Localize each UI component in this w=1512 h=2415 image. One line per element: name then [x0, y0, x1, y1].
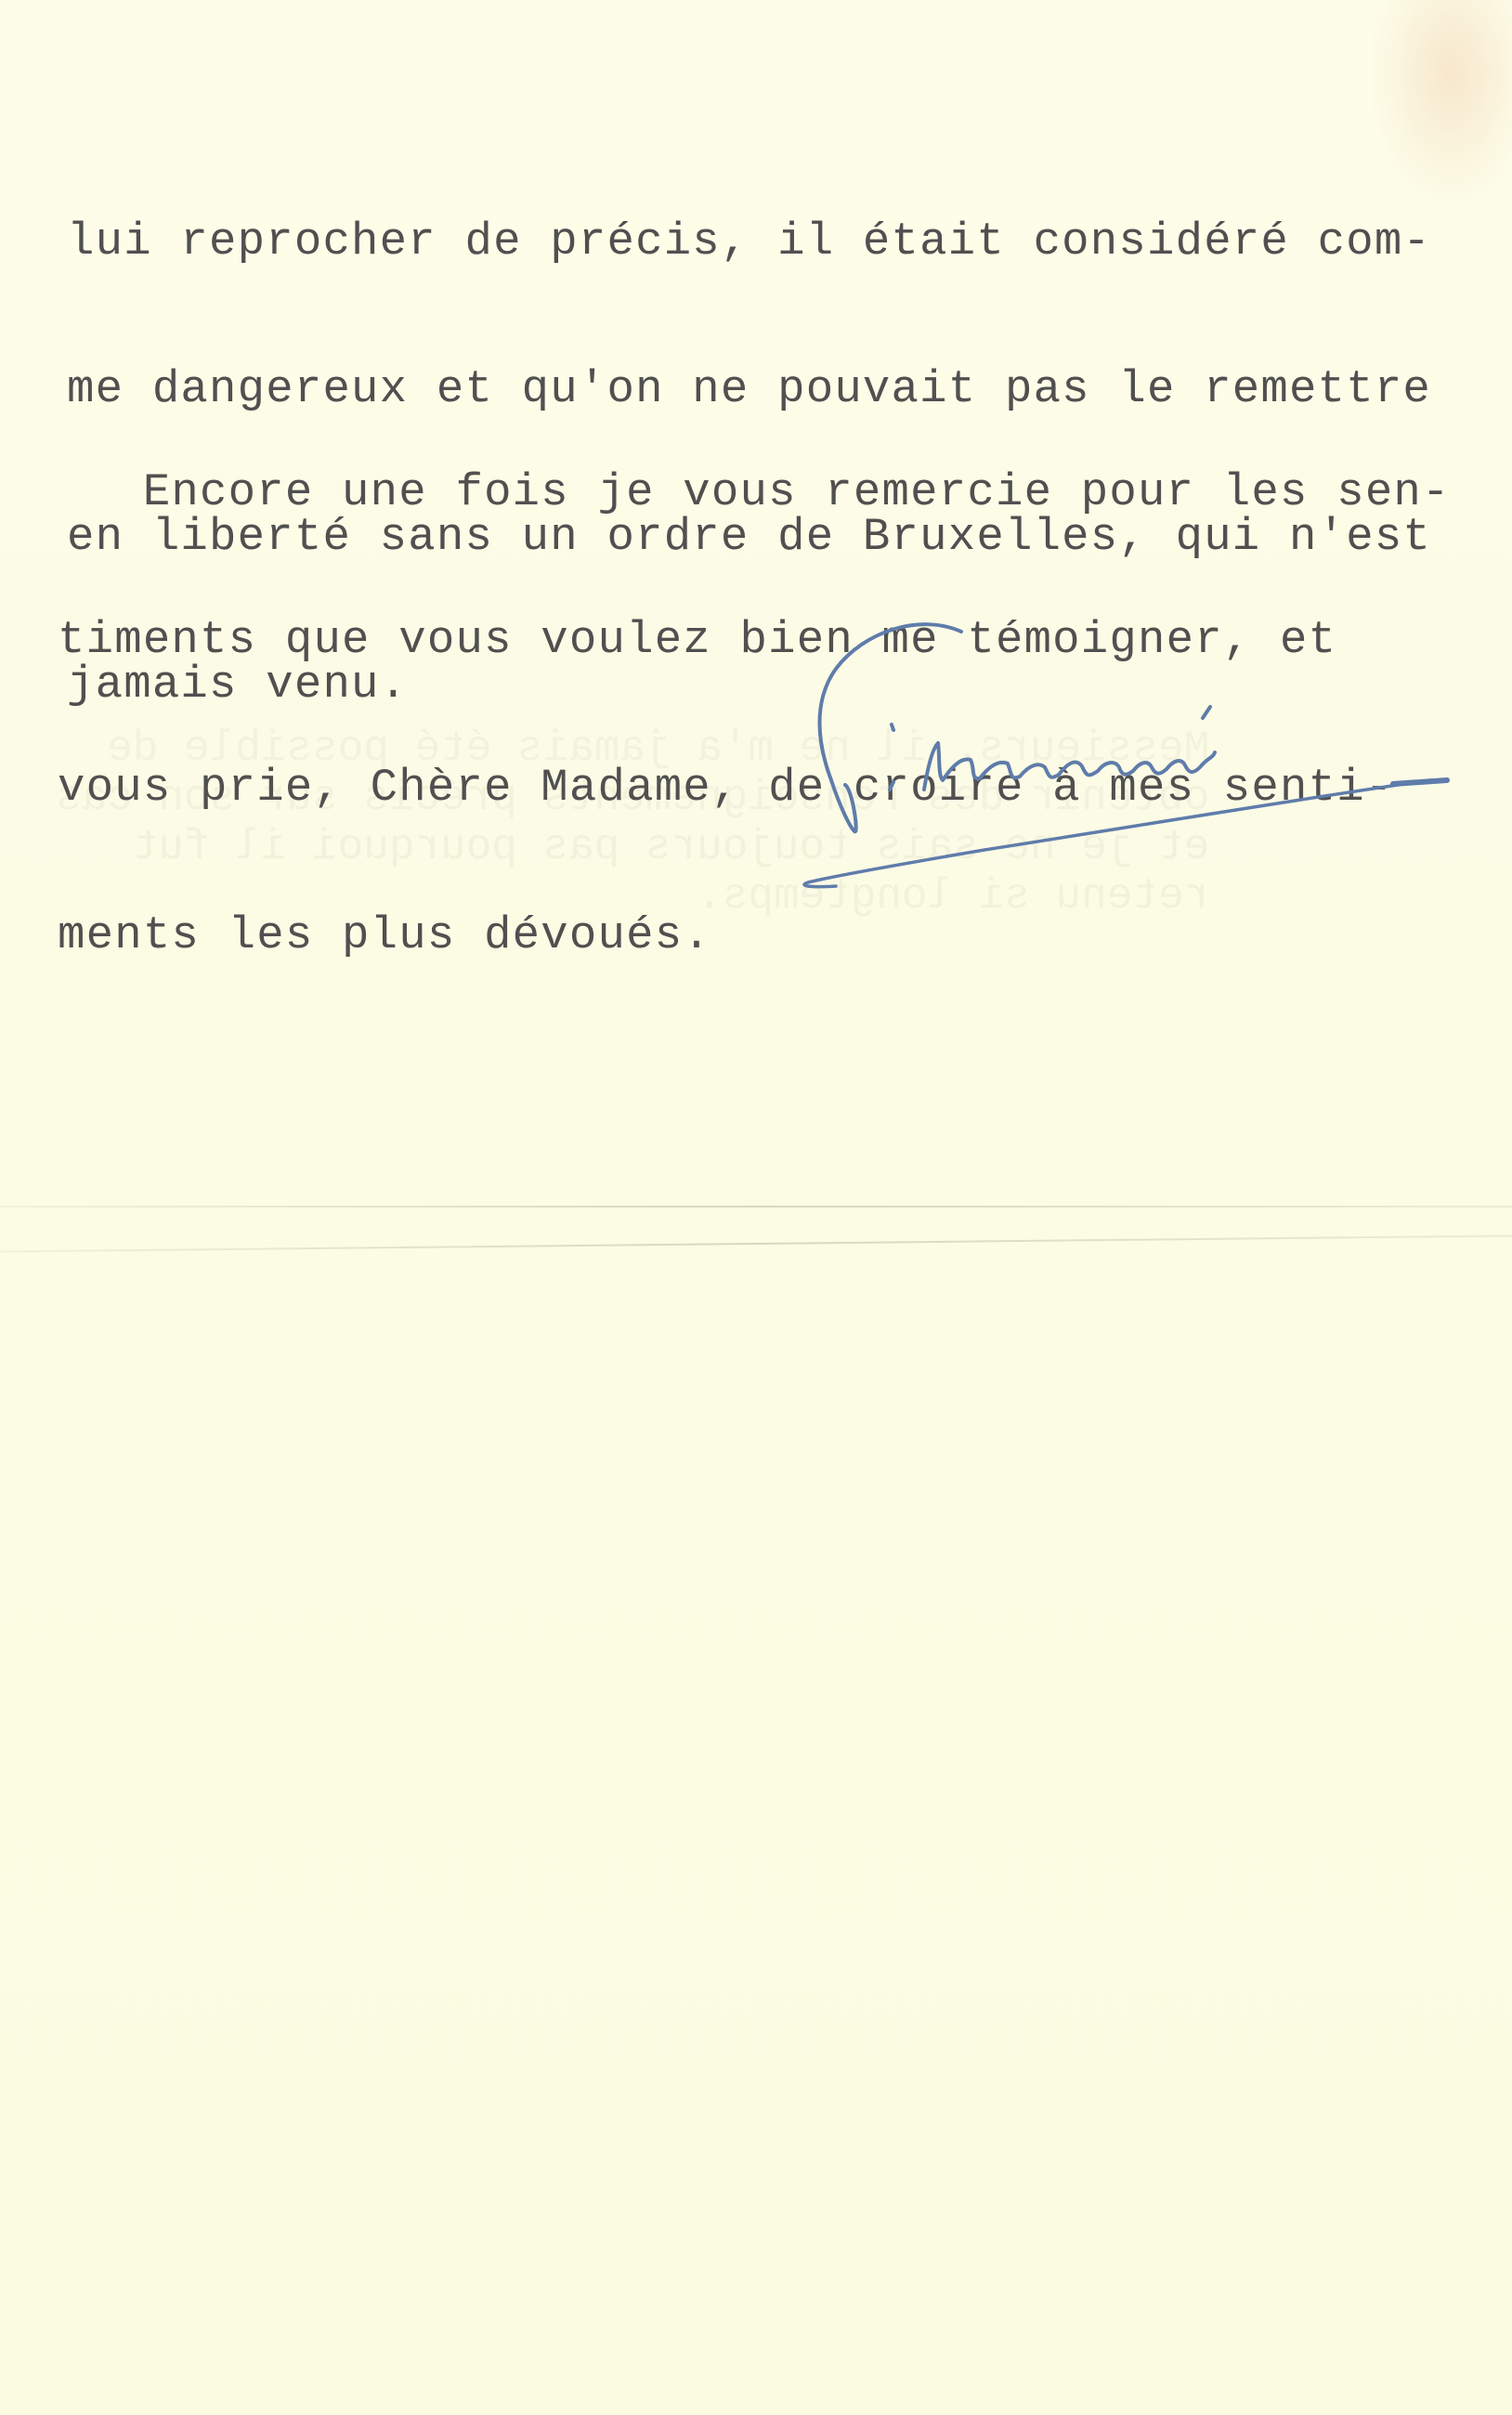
fold-line-lower	[0, 1234, 1512, 1252]
handwritten-signature	[780, 594, 1505, 929]
fold-line	[0, 1206, 1512, 1207]
text-line: Encore une fois je vous remercie pour le…	[58, 468, 1451, 517]
text-line: lui reprocher de précis, il était consid…	[67, 217, 1431, 267]
letter-page: Messieurs, il ne m'a jamais été possible…	[0, 0, 1512, 2415]
